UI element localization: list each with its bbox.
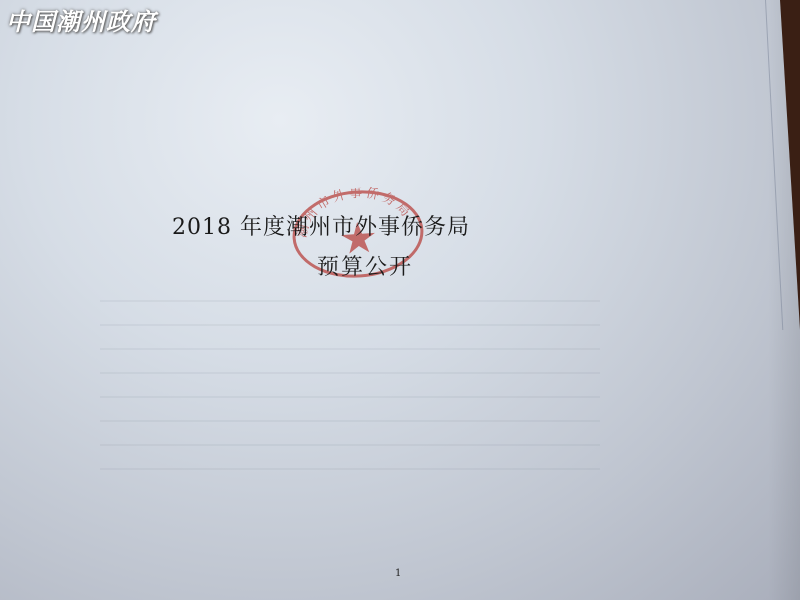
show-through-text-lines	[100, 300, 600, 492]
watermark-logo: 中国潮州政府	[6, 2, 156, 37]
page-number: 1	[395, 568, 401, 579]
document-subtitle: 预算公开	[317, 250, 413, 281]
document-title: 2018 年度潮州市外事侨务局	[172, 210, 602, 241]
